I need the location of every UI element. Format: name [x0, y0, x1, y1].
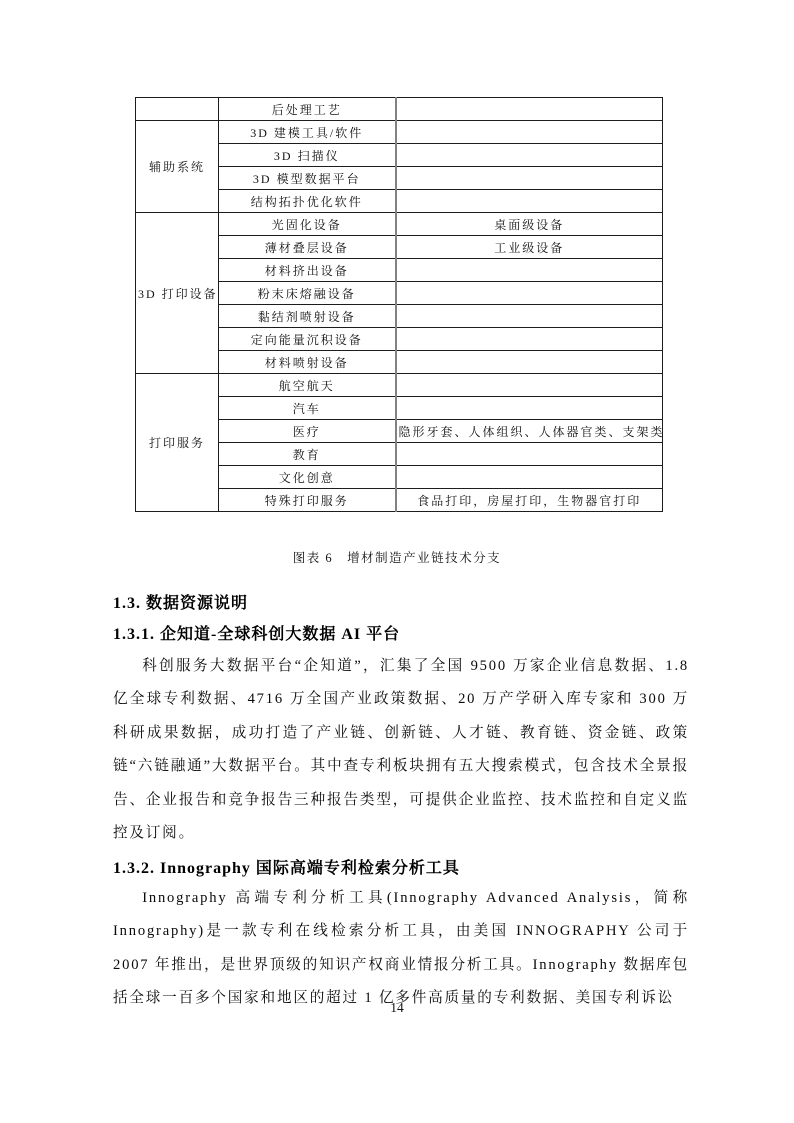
detail-cell: [396, 374, 663, 397]
branch-cell: 光固化设备: [219, 213, 396, 236]
group-cell: 打印服务: [136, 374, 219, 512]
detail-cell: 桌面级设备: [396, 213, 663, 236]
section-heading-1-3-2: 1.3.2. Innography 国际高端专利检索分析工具: [113, 855, 460, 878]
branch-cell: 汽车: [219, 397, 396, 420]
detail-cell: [396, 121, 663, 144]
table-row: 辅助系统 3D 建模工具/软件: [136, 121, 663, 144]
detail-cell: [396, 190, 663, 213]
document-page: 后处理工艺 辅助系统 3D 建模工具/软件 3D 扫描仪 3D 模型数据平台 结…: [0, 0, 794, 1123]
detail-cell: [396, 259, 663, 282]
section-heading-1-3: 1.3. 数据资源说明: [113, 590, 248, 613]
table-row: 后处理工艺: [136, 98, 663, 121]
branch-cell: 文化创意: [219, 466, 396, 489]
detail-cell: [396, 443, 663, 466]
paragraph-1-3-1: 科创服务大数据平台“企知道”，汇集了全国 9500 万家企业信息数据、1.8 亿…: [113, 650, 689, 850]
detail-cell: [396, 351, 663, 374]
table-row: 打印服务 航空航天: [136, 374, 663, 397]
detail-cell: [396, 328, 663, 351]
branch-cell: 特殊打印服务: [219, 489, 396, 512]
industry-chain-table: 后处理工艺 辅助系统 3D 建模工具/软件 3D 扫描仪 3D 模型数据平台 结…: [135, 97, 663, 512]
figure-caption: 图表 6 增材制造产业链技术分支: [0, 548, 794, 566]
detail-cell: [396, 144, 663, 167]
branch-cell: 航空航天: [219, 374, 396, 397]
branch-cell: 教育: [219, 443, 396, 466]
branch-cell: 粉末床熔融设备: [219, 282, 396, 305]
branch-cell: 后处理工艺: [219, 98, 396, 121]
section-heading-1-3-1: 1.3.1. 企知道-全球科创大数据 AI 平台: [113, 621, 400, 644]
page-number: 14: [0, 1000, 794, 1016]
detail-cell: [396, 98, 663, 121]
detail-cell: [396, 397, 663, 420]
detail-cell: 隐形牙套、人体组织、人体器官类、支架类: [396, 420, 663, 443]
paragraph-1-3-2: Innography 高端专利分析工具(Innography Advanced …: [113, 882, 689, 1016]
branch-cell: 材料挤出设备: [219, 259, 396, 282]
table-row: 3D 打印设备 光固化设备 桌面级设备: [136, 213, 663, 236]
group-cell: 辅助系统: [136, 121, 219, 213]
branch-cell: 结构拓扑优化软件: [219, 190, 396, 213]
group-cell: 3D 打印设备: [136, 213, 219, 374]
detail-cell: 工业级设备: [396, 236, 663, 259]
detail-cell: 食品打印，房屋打印，生物器官打印: [396, 489, 663, 512]
branch-cell: 黏结剂喷射设备: [219, 305, 396, 328]
detail-cell: [396, 305, 663, 328]
branch-cell: 医疗: [219, 420, 396, 443]
branch-cell: 3D 扫描仪: [219, 144, 396, 167]
branch-cell: 材料喷射设备: [219, 351, 396, 374]
detail-cell: [396, 282, 663, 305]
branch-cell: 3D 建模工具/软件: [219, 121, 396, 144]
detail-cell: [396, 466, 663, 489]
branch-cell: 薄材叠层设备: [219, 236, 396, 259]
branch-cell: 3D 模型数据平台: [219, 167, 396, 190]
branch-cell: 定向能量沉积设备: [219, 328, 396, 351]
detail-cell: [396, 167, 663, 190]
group-cell: [136, 98, 219, 121]
